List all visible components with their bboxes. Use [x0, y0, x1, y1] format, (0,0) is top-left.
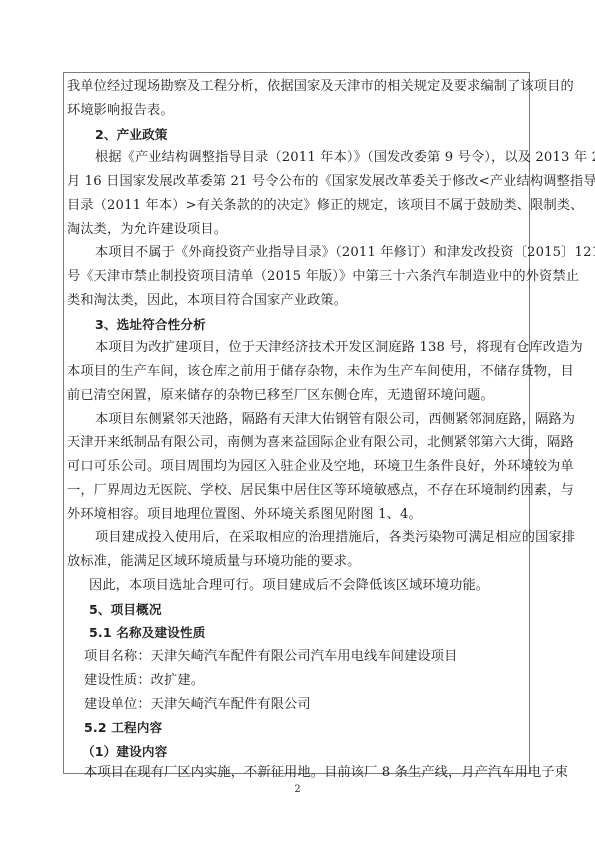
text-line: 天津开来纸制品有限公司，南侧为喜来益国际企业有限公司，北侧紧邻第六大街，隔路 [67, 433, 526, 453]
text-line: 前已清空闲置，原来储存的杂物已移至厂区东侧仓库，无遗留环境问题。 [67, 386, 526, 406]
text-line: 因此，本项目选址合理可行。项目建成后不会降低该区域环境功能。 [89, 576, 526, 596]
text-line: 月 16 日国家发展改革委第 21 号令公布的《国家发展改革委关于修改<产业结构… [67, 172, 526, 192]
text-line: 放标准，能满足区域环境质量与环境功能的要求。 [67, 552, 526, 572]
text-line: 一，厂界周边无医院、学校、居民集中居住区等环境敏感点，不存在环境制约因素，与 [67, 481, 526, 501]
subsection-heading-construction-content: （1）建设内容 [82, 742, 526, 762]
text-line: 根据《产业结构调整指导目录（2011 年本）》（国发改委第 9 号令），以及 2… [95, 148, 526, 168]
subsection-heading-name-nature: 5.1 名称及建设性质 [89, 623, 526, 643]
text-line: 环境影响报告表。 [67, 101, 526, 121]
project-name-line: 项目名称：天津矢崎汽车配件有限公司汽车用电线车间建设项目 [84, 647, 526, 667]
text-line: 本项目为改扩建项目，位于天津经济技术开发区洞庭路 138 号，将现有仓库改造为 [95, 338, 526, 358]
page-number: 2 [0, 784, 595, 795]
section-heading-project-overview: 5、项目概况 [89, 600, 526, 620]
text-line: 外环境相容。项目地理位置图、外环境关系图见附图 1、4。 [67, 505, 526, 525]
text-line: 淘汰类，为允许建设项目。 [67, 220, 526, 240]
text-line: 本项目的生产车间，该仓库之前用于储存杂物，未作为生产车间使用，不储存货物，目 [67, 362, 526, 382]
text-line: 号《天津市禁止制投资项目清单（2015 年版）》中第三十六条汽车制造业中的外资禁… [67, 267, 526, 287]
text-line: 可口可乐公司。项目周围均为园区入驻企业及空地，环境卫生条件良好，外环境较为单 [67, 457, 526, 477]
text-line: 本项目不属于《外商投资产业指导目录》（2011 年修订）和津发改投资〔2015〕… [95, 243, 526, 263]
text-line: 本项目在现有厂区内实施，不新征用地。目前该厂 8 条生产线，月产汽车用电子束 [84, 763, 526, 783]
section-heading-industry-policy: 2、产业政策 [95, 125, 526, 145]
text-line: 项目建成投入使用后，在采取相应的治理措施后，各类污染物可满足相应的国家排 [95, 528, 526, 548]
construction-nature-line: 建设性质：改扩建。 [84, 671, 526, 691]
section-heading-site-analysis: 3、选址符合性分析 [95, 315, 526, 335]
text-line: 我单位经过现场勘察及工程分析，依据国家及天津市的相关规定及要求编制了该项目的 [67, 77, 526, 97]
text-line: 本项目东侧紧邻天池路，隔路有天津大佑钢管有限公司，西侧紧邻洞庭路，隔路为 [95, 410, 526, 430]
text-line: 类和淘汰类，因此，本项目符合国家产业政策。 [67, 291, 526, 311]
construction-unit-line: 建设单位：天津矢崎汽车配件有限公司 [84, 695, 526, 715]
text-line: 目录（2011 年本）>有关条款的的决定》修正的规定，该项目不属于鼓励类、限制类… [67, 196, 526, 216]
report-form-box: 我单位经过现场勘察及工程分析，依据国家及天津市的相关规定及要求编制了该项目的 环… [63, 72, 530, 774]
subsection-heading-engineering: 5.2 工程内容 [84, 718, 526, 738]
